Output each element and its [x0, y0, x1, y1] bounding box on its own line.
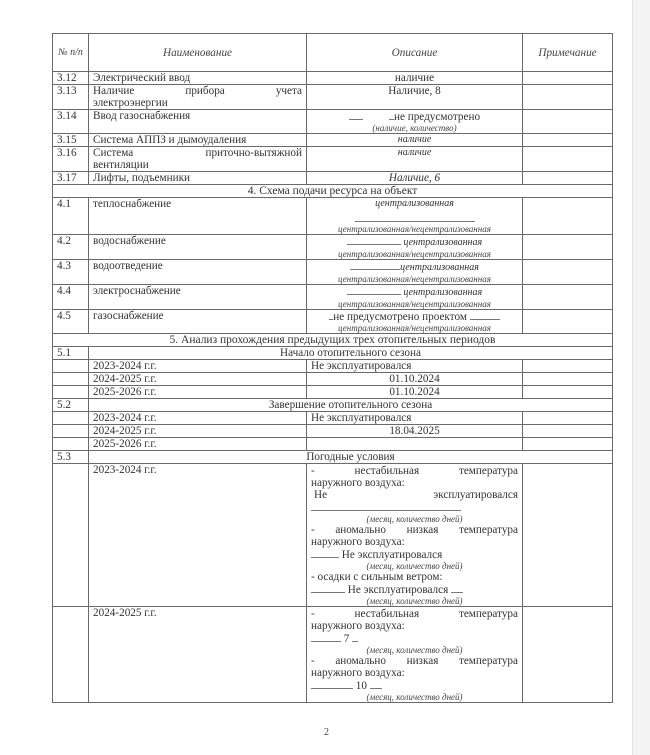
weather-details: - нестабильная температура наружного воз… — [307, 464, 523, 607]
row-name: водоотведение — [89, 260, 307, 285]
gas-input-value: не предусмотрено — [394, 111, 480, 123]
row-name-line2: вентиляции — [93, 159, 302, 171]
row-name: газоснабжение — [89, 310, 307, 334]
period-value — [307, 438, 523, 451]
row-note — [523, 110, 613, 134]
row-desc: Наличие, 6 — [307, 172, 523, 185]
row-num: 5.1 — [53, 347, 89, 360]
table-row: 3.14 Ввод газоснабжения не предусмотрено… — [53, 110, 613, 134]
period-label: 2024-2025 г.г. — [89, 373, 307, 386]
field-hint: (наличие, количество) — [311, 123, 518, 133]
row-num: 5.3 — [53, 451, 89, 464]
row-note — [523, 260, 613, 285]
subsection-heading: 5.1 Начало отопительного сезона — [53, 347, 613, 360]
header-description: Описание — [307, 34, 523, 72]
row-desc: наличие — [307, 147, 523, 172]
table-row: 4.2 водоснабжение централизованная центр… — [53, 235, 613, 260]
row-num: 3.17 — [53, 172, 89, 185]
row-num: 4.3 — [53, 260, 89, 285]
period-value: 01.10.2024 — [307, 386, 523, 399]
table-row: 3.16 Система приточно-вытяжной вентиляци… — [53, 147, 613, 172]
supply-value: централизованная — [403, 287, 482, 298]
table-row: 4.4 электроснабжение централизованная це… — [53, 285, 613, 310]
table-row: 4.3 водоотведение централизованная центр… — [53, 260, 613, 285]
row-note — [523, 134, 613, 147]
table-row: 3.17 Лифты, подъемники Наличие, 6 — [53, 172, 613, 185]
section5-title: 5. Анализ прохождения предыдущих трех от… — [53, 334, 613, 347]
table-row: 3.15 Система АППЗ и дымоудаления наличие — [53, 134, 613, 147]
section-heading: 4. Схема подачи ресурса на объект — [53, 185, 613, 198]
header-num: № п/п — [53, 34, 89, 72]
subsection-title: Погодные условия — [89, 451, 613, 464]
row-num: 3.12 — [53, 72, 89, 85]
row-desc: не предусмотрено проектом централизованн… — [307, 310, 523, 334]
subsection-title: Начало отопительного сезона — [89, 347, 613, 360]
section4-title: 4. Схема подачи ресурса на объект — [53, 185, 613, 198]
period-label: 2024-2025 г.г. — [89, 425, 307, 438]
resource-table: № п/п Наименование Описание Примечание 3… — [52, 33, 613, 703]
row-note — [523, 147, 613, 172]
row-note — [523, 235, 613, 260]
row-name: Наличие прибора учета электроэнергии — [89, 85, 307, 110]
row-desc: наличие — [307, 72, 523, 85]
field-hint: централизованная/нецентрализованная — [311, 224, 518, 234]
header-name: Наименование — [89, 34, 307, 72]
table-row: 2023-2024 г.г. - нестабильная температур… — [53, 464, 613, 607]
row-num: 5.2 — [53, 399, 89, 412]
row-note — [523, 172, 613, 185]
row-name-line1: Система приточно-вытяжной — [93, 147, 302, 159]
row-note — [523, 85, 613, 110]
field-hint: (месяц, количество дней) — [311, 645, 518, 655]
field-hint: (месяц, количество дней) — [311, 514, 518, 524]
row-num: 3.16 — [53, 147, 89, 172]
table-row: 2025-2026 г.г. 01.10.2024 — [53, 386, 613, 399]
field-hint: централизованная/нецентрализованная — [311, 323, 518, 333]
row-num: 4.5 — [53, 310, 89, 334]
row-name: Лифты, подъемники — [89, 172, 307, 185]
field-hint: централизованная/нецентрализованная — [311, 274, 518, 284]
row-desc: централизованная централизованная/нецент… — [307, 285, 523, 310]
row-desc: Наличие, 8 — [307, 85, 523, 110]
field-hint: (месяц, количество дней) — [311, 692, 518, 702]
period-label: 2024-2025 г.г. — [89, 607, 307, 703]
period-label: 2023-2024 г.г. — [89, 464, 307, 607]
weather-details: - нестабильная температура наружного воз… — [307, 607, 523, 703]
period-label: 2023-2024 г.г. — [89, 412, 307, 425]
table-row: 2023-2024 г.г. Не эксплуатировался — [53, 412, 613, 425]
section-heading: 5. Анализ прохождения предыдущих трех от… — [53, 334, 613, 347]
row-num: 3.14 — [53, 110, 89, 134]
row-note — [523, 310, 613, 334]
row-name: водоснабжение — [89, 235, 307, 260]
row-num: 3.13 — [53, 85, 89, 110]
period-value: 01.10.2024 — [307, 373, 523, 386]
row-num: 3.15 — [53, 134, 89, 147]
period-label: 2025-2026 г.г. — [89, 386, 307, 399]
field-hint: (месяц, количество дней) — [311, 561, 518, 571]
supply-value: централизованная — [403, 237, 482, 248]
row-name-line1: Наличие прибора учета — [93, 85, 302, 97]
table-row: 2025-2026 г.г. — [53, 438, 613, 451]
period-label: 2023-2024 г.г. — [89, 360, 307, 373]
period-value: 18.04.2025 — [307, 425, 523, 438]
table-row: 4.5 газоснабжение не предусмотрено проек… — [53, 310, 613, 334]
row-num: 4.4 — [53, 285, 89, 310]
document-page: № п/п Наименование Описание Примечание 3… — [0, 0, 633, 755]
period-label: 2025-2026 г.г. — [89, 438, 307, 451]
row-desc: централизованная централизованная/нецент… — [307, 260, 523, 285]
row-desc: централизованная централизованная/нецент… — [307, 235, 523, 260]
supply-value: централизованная — [311, 198, 518, 210]
row-num: 4.2 — [53, 235, 89, 260]
row-name: теплоснабжение — [89, 198, 307, 235]
subsection-title: Завершение отопительного сезона — [89, 399, 613, 412]
table-header: № п/п Наименование Описание Примечание — [53, 34, 613, 72]
subsection-heading: 5.2 Завершение отопительного сезона — [53, 399, 613, 412]
table-row: 2024-2025 г.г. 18.04.2025 — [53, 425, 613, 438]
table-row: 2023-2024 г.г. Не эксплуатировался — [53, 360, 613, 373]
row-desc: централизованная централизованная/нецент… — [307, 198, 523, 235]
row-name: Система приточно-вытяжной вентиляции — [89, 147, 307, 172]
row-name: Электрический ввод — [89, 72, 307, 85]
row-num: 4.1 — [53, 198, 89, 235]
row-name: электроснабжение — [89, 285, 307, 310]
period-value: Не эксплуатировался — [307, 412, 523, 425]
row-note — [523, 285, 613, 310]
period-value: Не эксплуатировался — [307, 360, 523, 373]
supply-value: централизованная — [400, 262, 479, 273]
field-hint: централизованная/нецентрализованная — [311, 249, 518, 259]
field-hint: (месяц, количество дней) — [311, 596, 518, 606]
row-desc: наличие — [307, 134, 523, 147]
table-row: 2024-2025 г.г. 01.10.2024 — [53, 373, 613, 386]
row-note — [523, 72, 613, 85]
table-row: 2024-2025 г.г. - нестабильная температур… — [53, 607, 613, 703]
row-name-line2: электроэнергии — [93, 97, 302, 109]
supply-value: не предусмотрено проектом — [333, 311, 467, 323]
page-number: 2 — [324, 727, 329, 738]
table-row: 3.12 Электрический ввод наличие — [53, 72, 613, 85]
table-row: 3.13 Наличие прибора учета электроэнерги… — [53, 85, 613, 110]
row-name: Ввод газоснабжения — [89, 110, 307, 134]
subsection-heading: 5.3 Погодные условия — [53, 451, 613, 464]
row-name: Система АППЗ и дымоудаления — [89, 134, 307, 147]
header-note: Примечание — [523, 34, 613, 72]
table-row: 4.1 теплоснабжение централизованная цент… — [53, 198, 613, 235]
row-note — [523, 198, 613, 235]
field-hint: централизованная/нецентрализованная — [311, 299, 518, 309]
row-desc: не предусмотрено (наличие, количество) — [307, 110, 523, 134]
